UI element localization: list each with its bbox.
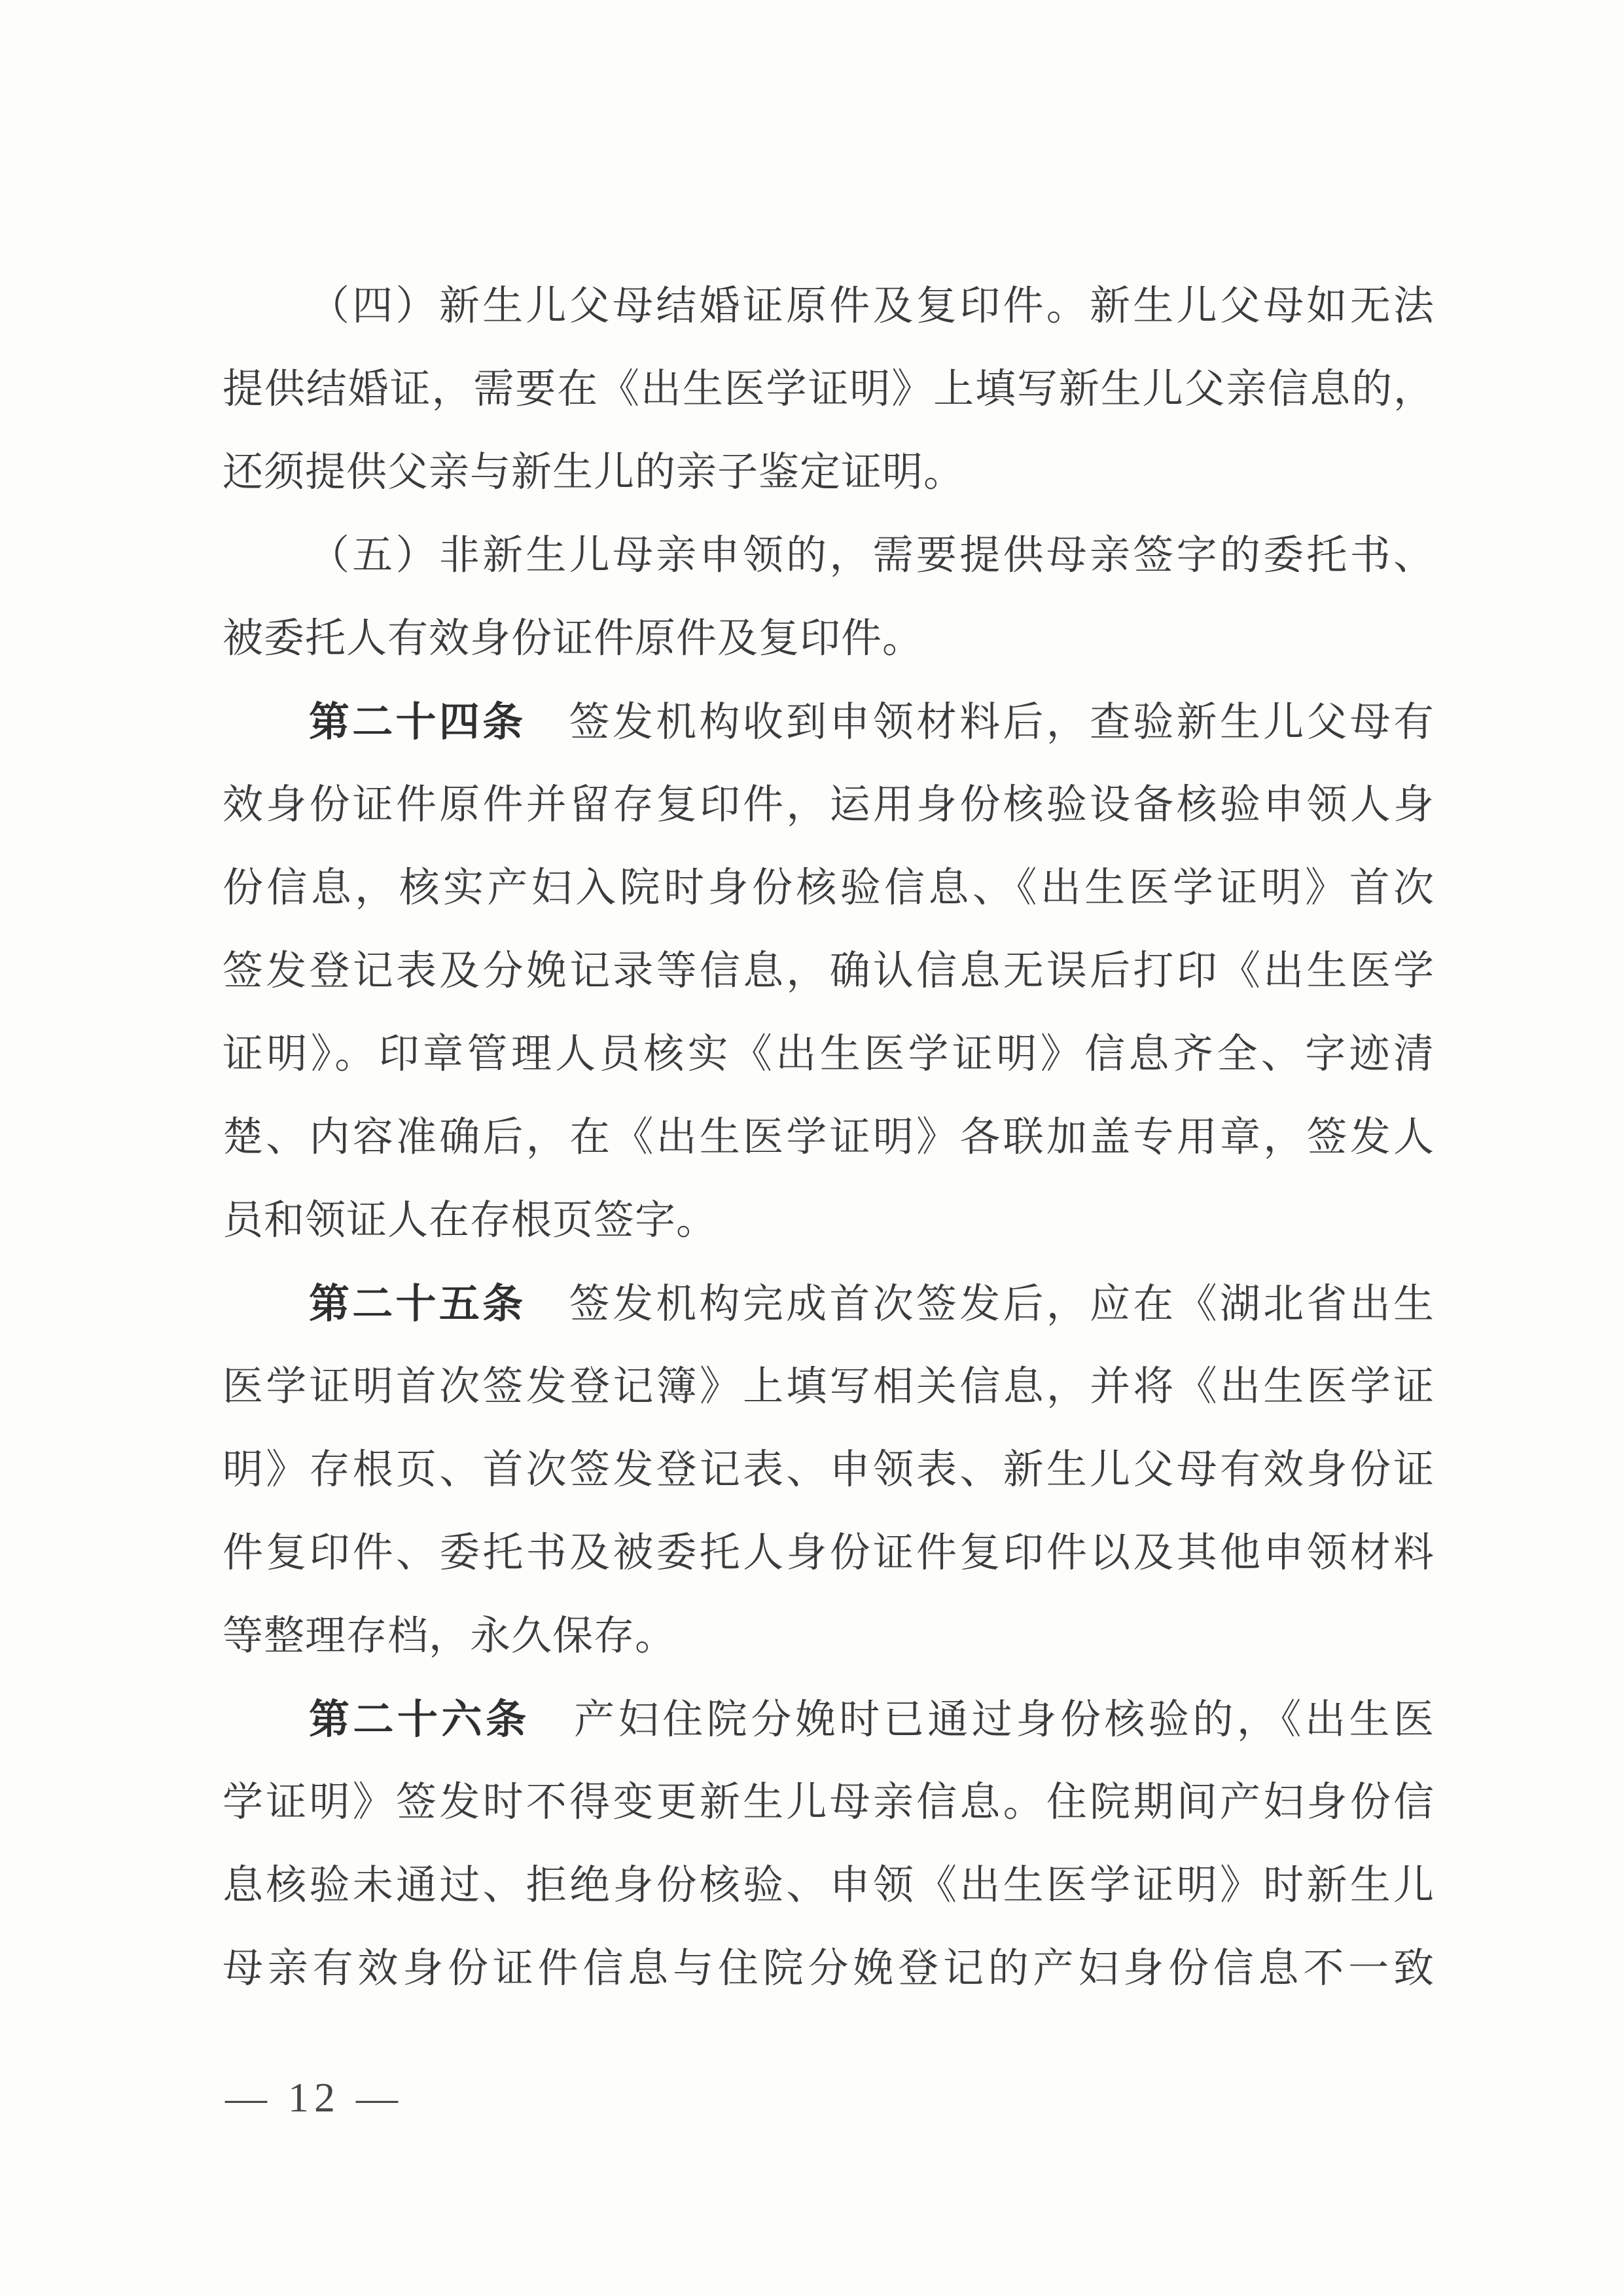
text-segment: 母亲有效身份证件信息与住院分娩登记的产妇身份信息不一致 [223,1946,1435,1991]
page-footer: — 12 — [225,2073,403,2122]
text-segment: 还须提供父亲与新生儿的亲子鉴定证明。 [223,450,965,495]
text-segment: 效身份证件原件并留存复印件，运用身份核验设备核验申领人身 [223,783,1435,827]
text-line: 还须提供父亲与新生儿的亲子鉴定证明。 [223,431,1435,514]
text-segment: 签发机构收到申领材料后，查验新生儿父母有 [526,700,1435,745]
text-line: 母亲有效身份证件信息与住院分娩登记的产妇身份信息不一致 [223,1928,1435,2011]
text-line: 员和领证人在存根页签字。 [223,1179,1435,1263]
text-segment: 学证明》签发时不得变更新生儿母亲信息。住院期间产妇身份信 [223,1780,1435,1825]
text-line: 医学证明首次签发登记簿》上填写相关信息，并将《出生医学证 [223,1346,1435,1429]
text-line: 楚、内容准确后，在《出生医学证明》各联加盖专用章，签发人 [223,1096,1435,1179]
article-heading: 第二十六条 [309,1697,530,1742]
text-segment: 明》存根页、首次签发登记表、申领表、新生儿父母有效身份证 [223,1448,1435,1492]
text-segment: 件复印件、委托书及被委托人身份证件复印件以及其他申领材料 [223,1531,1435,1575]
text-line: 第二十五条 签发机构完成首次签发后，应在《湖北省出生 [223,1263,1435,1346]
text-segment: 医学证明首次签发登记簿》上填写相关信息，并将《出生医学证 [223,1365,1435,1409]
article-heading: 第二十四条 [309,700,526,745]
text-segment: （四）新生儿父母结婚证原件及复印件。新生儿父母如无法 [309,284,1435,329]
text-segment: 签发机构完成首次签发后，应在《湖北省出生 [526,1282,1435,1327]
text-segment: 提供结婚证，需要在《出生医学证明》上填写新生儿父亲信息的， [223,367,1435,412]
text-segment: 签发登记表及分娩记录等信息，确认信息无误后打印《出生医学 [223,949,1435,994]
text-line: 提供结婚证，需要在《出生医学证明》上填写新生儿父亲信息的， [223,348,1435,431]
text-line: 第二十四条 签发机构收到申领材料后，查验新生儿父母有 [223,681,1435,764]
text-line: （五）非新生儿母亲申领的，需要提供母亲签字的委托书、 [223,514,1435,598]
text-segment: 楚、内容准确后，在《出生医学证明》各联加盖专用章，签发人 [223,1115,1435,1160]
text-line: 签发登记表及分娩记录等信息，确认信息无误后打印《出生医学 [223,930,1435,1013]
text-line: 明》存根页、首次签发登记表、申领表、新生儿父母有效身份证 [223,1429,1435,1512]
document-body: （四）新生儿父母结婚证原件及复印件。新生儿父母如无法提供结婚证，需要在《出生医学… [223,265,1435,2011]
document-page: （四）新生儿父母结婚证原件及复印件。新生儿父母如无法提供结婚证，需要在《出生医学… [0,0,1623,2296]
text-line: 第二十六条 产妇住院分娩时已通过身份核验的，《出生医 [223,1678,1435,1761]
text-segment: 份信息，核实产妇入院时身份核验信息、《出生医学证明》首次 [223,866,1435,910]
text-line: 被委托人有效身份证件原件及复印件。 [223,598,1435,681]
text-segment: 等整理存档，永久保存。 [223,1614,676,1659]
text-line: 学证明》签发时不得变更新生儿母亲信息。住院期间产妇身份信 [223,1761,1435,1844]
text-segment: 息核验未通过、拒绝身份核验、申领《出生医学证明》时新生儿 [223,1863,1435,1908]
text-line: 效身份证件原件并留存复印件，运用身份核验设备核验申领人身 [223,764,1435,847]
text-line: 证明》。印章管理人员核实《出生医学证明》信息齐全、字迹清 [223,1013,1435,1096]
page-number: — 12 — [225,2074,403,2121]
text-segment: 产妇住院分娩时已通过身份核验的，《出生医 [530,1698,1435,1742]
text-segment: 员和领证人在存根页签字。 [223,1198,717,1243]
text-segment: 被委托人有效身份证件原件及复印件。 [223,617,923,661]
text-line: 份信息，核实产妇入院时身份核验信息、《出生医学证明》首次 [223,847,1435,930]
text-segment: （五）非新生儿母亲申领的，需要提供母亲签字的委托书、 [309,533,1435,578]
text-line: （四）新生儿父母结婚证原件及复印件。新生儿父母如无法 [223,265,1435,348]
text-segment: 证明》。印章管理人员核实《出生医学证明》信息齐全、字迹清 [223,1032,1435,1077]
text-line: 息核验未通过、拒绝身份核验、申领《出生医学证明》时新生儿 [223,1844,1435,1928]
article-heading: 第二十五条 [309,1282,526,1327]
text-line: 件复印件、委托书及被委托人身份证件复印件以及其他申领材料 [223,1512,1435,1595]
text-line: 等整理存档，永久保存。 [223,1595,1435,1678]
